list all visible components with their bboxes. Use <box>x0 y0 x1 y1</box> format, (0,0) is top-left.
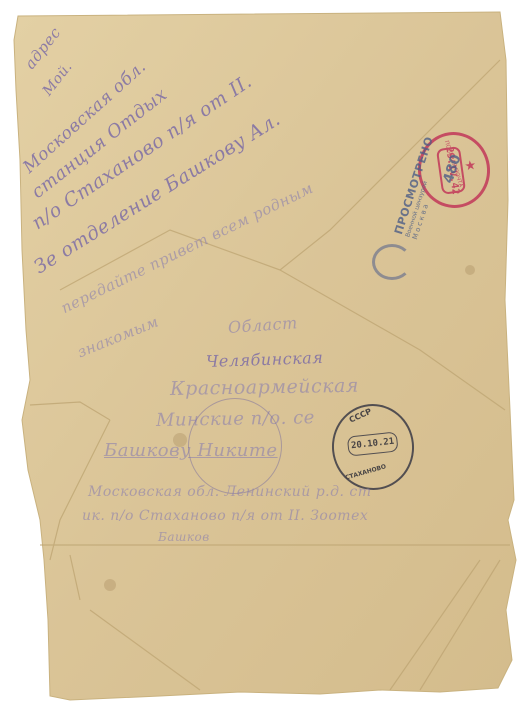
handwriting-line: Башков <box>158 530 210 544</box>
star-icon: ★ <box>464 158 478 174</box>
handwriting-line: Московская обл. Ленинский р.д. ст <box>88 484 372 500</box>
postmark-date: 20.10.21 <box>347 431 399 456</box>
faint-blue-stamp <box>372 244 412 280</box>
handwriting-line: Красноармейская <box>170 375 359 400</box>
postmark-top-text: СССР <box>348 407 373 425</box>
faint-violet-stamp <box>188 398 282 494</box>
postmark-bottom-text: СТАХАНОВО <box>344 463 387 481</box>
handwriting-line: ик. п/о Стаханово п/я от II. Зоотех <box>82 508 368 524</box>
letter-photo: адрес Мой. Московская обл. станция Отдых… <box>0 0 528 714</box>
